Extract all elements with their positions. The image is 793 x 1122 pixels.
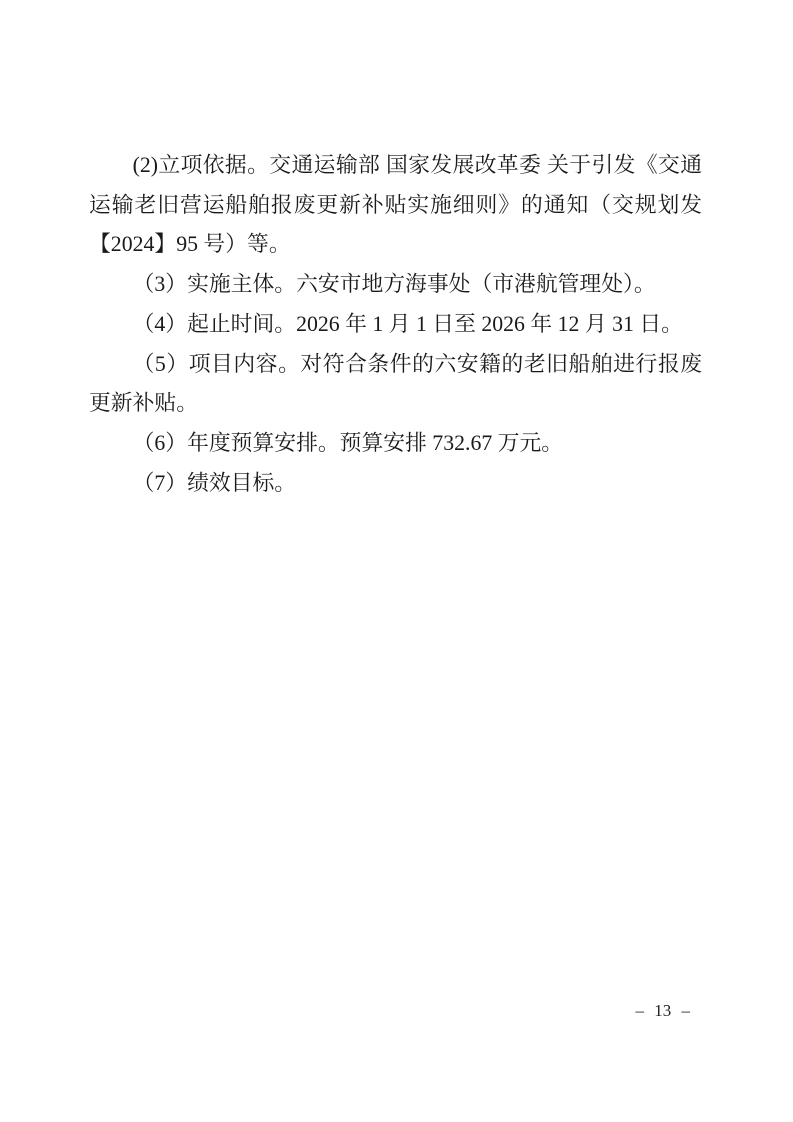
page-number: – 13 – [0, 1000, 690, 1022]
paragraph-clause-6-annual-budget: （6）年度预算安排。预算安排 732.67 万元。 [89, 424, 702, 464]
paragraph-clause-5-project-content: （5）项目内容。对符合条件的六安籍的老旧船舶进行报废更新补贴。 [89, 345, 702, 424]
paragraph-clause-4-time-range: （4）起止时间。2026 年 1 月 1 日至 2026 年 12 月 31 日… [89, 305, 702, 345]
document-page: (2)立项依据。交通运输部 国家发展改革委 关于引发《交通运输老旧营运船舶报废更… [0, 0, 793, 1122]
paragraph-clause-3-implementing-body: （3）实施主体。六安市地方海事处（市港航管理处）。 [89, 265, 702, 305]
paragraph-clause-7-performance-target: （7）绩效目标。 [89, 464, 702, 504]
document-body: (2)立项依据。交通运输部 国家发展改革委 关于引发《交通运输老旧营运船舶报废更… [89, 146, 702, 503]
paragraph-clause-2-basis: (2)立项依据。交通运输部 国家发展改革委 关于引发《交通运输老旧营运船舶报废更… [89, 146, 702, 265]
